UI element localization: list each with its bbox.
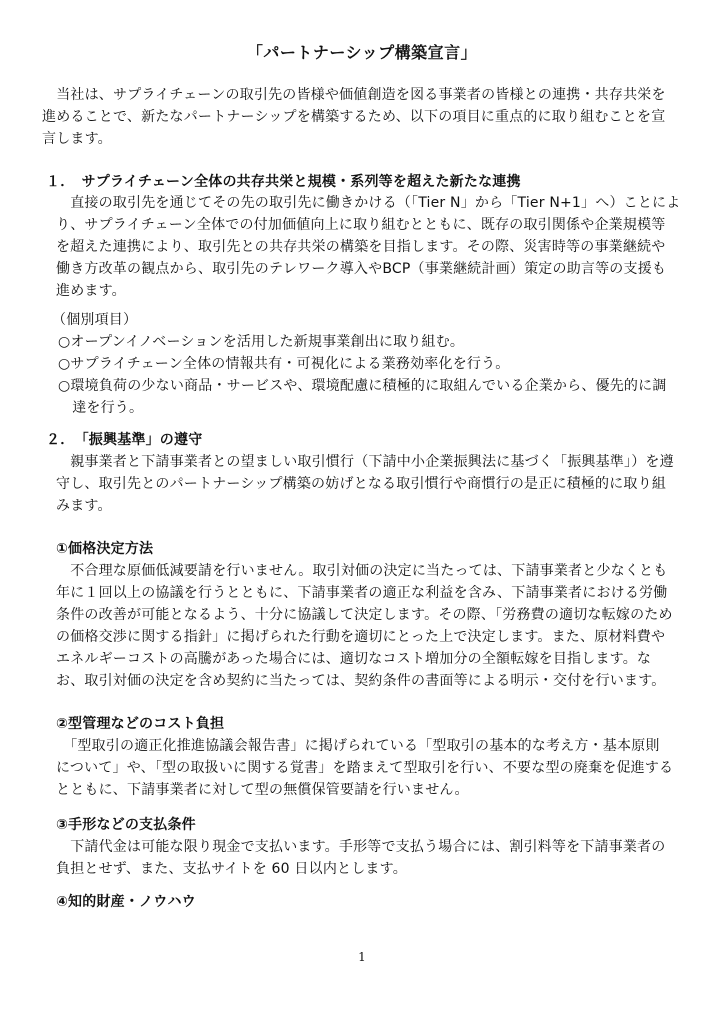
individual-items-label: （個別項目） <box>52 310 137 330</box>
subsection-price-line: 不合理な原価低減要請を行いません。取引対価の決定に当たっては、下請事業者と少なく… <box>56 561 667 581</box>
section-2-line: 守し、取引先とのパートナーシップ構築の妨げとなる取引慣行や商慣行の是正に積極的に… <box>56 474 666 494</box>
individual-item: ○サプライチェーン全体の情報共有・可視化による業務効率化を行う。 <box>58 354 510 374</box>
subsection-mold-line: とともに、下請事業者に対して型の無償保管要請を行いません。 <box>56 780 469 800</box>
section-2-line: 親事業者と下請事業者との望ましい取引慣行（下請中小企業振興法に基づく「振興基準」… <box>56 452 674 472</box>
subsection-payment-line: 負担とせず、また、支払サイトを 60 日以内とします。 <box>56 859 407 879</box>
section-1-line: を超えた連携により、取引先との共存共栄の構築を目指します。その際、災害時等の事業… <box>56 237 665 257</box>
subsection-price-line: エネルギーコストの高騰があった場合には、適切なコスト増加分の全額転嫁を目指します… <box>56 649 651 669</box>
individual-item: 達を行う。 <box>58 398 143 418</box>
intro-line: 進めることで、新たなパートナーシップを構築するため、以下の項目に重点的に取り組む… <box>42 107 665 127</box>
document-title: 「パートナーシップ構築宣言」 <box>0 40 724 63</box>
section-1-line: 進めます。 <box>56 281 126 301</box>
section-1-line: 直接の取引先を通じてその先の取引先に働きかける（「Tier N」から「Tier … <box>56 193 680 213</box>
section-1-line: 働き方改革の観点から、取引先のテレワーク導入やBCP（事業継続計画）策定の助言等… <box>56 259 666 279</box>
subsection-mold-heading: ②型管理などのコスト負担 <box>56 714 224 734</box>
document-page: 「パートナーシップ構築宣言」 当社は、サプライチェーンの取引先の皆様や価値創造を… <box>0 0 724 1024</box>
subsection-mold-line: 「型取引の適正化推進協議会報告書」に掲げられている「型取引の基本的な考え方・基本… <box>56 736 660 756</box>
section-2-line: みます。 <box>56 496 112 516</box>
section-1-heading: １． サプライチェーン全体の共存共栄と規模・系列等を超えた新たな連携 <box>46 172 521 192</box>
subsection-payment-heading: ③手形などの支払条件 <box>56 815 196 835</box>
subsection-ip-heading: ④知的財産・ノウハウ <box>56 892 196 912</box>
intro-line: 当社は、サプライチェーンの取引先の皆様や価値創造を図る事業者の皆様との連携・共存… <box>42 85 666 105</box>
subsection-price-line: お、取引対価の決定を含め契約に当たっては、契約条件の書面等による明示・交付を行い… <box>56 671 665 691</box>
subsection-payment-line: 下請代金は可能な限り現金で支払います。手形等で支払う場合には、割引料等を下請事業… <box>56 837 665 857</box>
subsection-price-line: 条件の改善が可能となるよう、十分に協議して決定します。その際、「労務費の適切な転… <box>56 605 673 625</box>
individual-item: ○オープンイノベーションを活用した新規事業創出に取り組む。 <box>58 332 464 352</box>
section-1-line: り、サプライチェーン全体での付加価値向上に取り組むとともに、既存の取引関係や企業… <box>56 215 665 235</box>
page-number: 1 <box>0 950 724 964</box>
subsection-price-line: 年に１回以上の協議を行うとともに、下請事業者の適正な利益を含み、下請事業者におけ… <box>56 583 667 603</box>
section-2-heading: ２． 「振興基準」の遵守 <box>46 430 202 450</box>
subsection-mold-line: について」や、「型の取扱いに関する覚書」を踏まえて型取引を行い、不要な型の廃棄を… <box>56 758 673 778</box>
subsection-price-heading: ①価格決定方法 <box>56 539 153 559</box>
subsection-price-line: の価格交渉に関する指針」に掲げられた行動を適切にとった上で決定します。また、原材… <box>56 627 665 647</box>
individual-item: ○環境負荷の少ない商品・サービスや、環境配慮に積極的に取組んでいる企業から、優先… <box>58 376 667 396</box>
intro-line: 言します。 <box>42 129 112 149</box>
